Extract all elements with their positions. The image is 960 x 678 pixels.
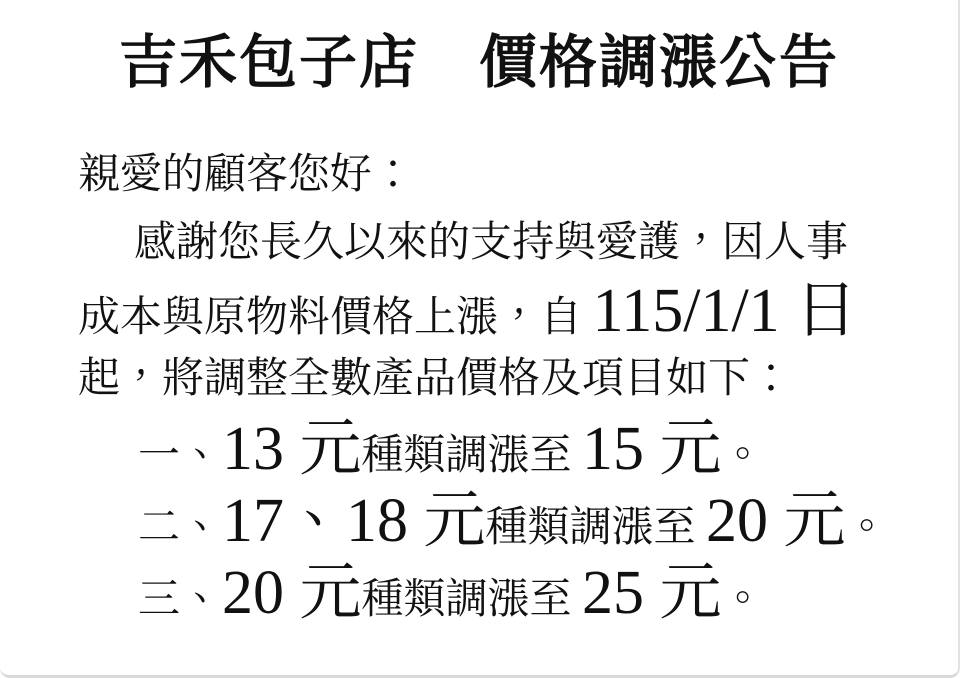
text-line: 起，將調整全數產品價格及項目如下： <box>78 345 928 413</box>
text-segment: 20 元 <box>222 559 362 627</box>
notice-page: 吉禾包子店 價格調漲公告 親愛的顧客您好：感謝您長久以來的支持與愛護，因人事成本… <box>0 0 960 678</box>
text-segment: 成本與原物料價格上漲，自 <box>78 295 593 341</box>
text-segment: 種類調漲至 <box>486 505 707 551</box>
text-segment: 三、 <box>138 577 222 623</box>
text-segment: 。 <box>722 433 764 479</box>
text-segment: 20 元 <box>706 487 846 555</box>
text-line: 親愛的顧客您好： <box>78 141 928 209</box>
notice-title: 吉禾包子店 價格調漲公告 <box>40 30 918 97</box>
text-segment: 。 <box>722 577 764 623</box>
text-segment: 。 <box>846 505 888 551</box>
text-segment: 25 元 <box>582 559 722 627</box>
text-segment: 15 元 <box>582 415 722 483</box>
text-segment: 115/1/1 日 <box>593 277 858 345</box>
text-line: 二、17、18 元種類調漲至 20 元。 <box>78 485 928 557</box>
text-line: 感謝您長久以來的支持與愛護，因人事 <box>78 209 928 277</box>
text-segment: 13 元 <box>222 415 362 483</box>
text-segment: 種類調漲至 <box>362 577 583 623</box>
text-segment: 二、 <box>138 505 222 551</box>
text-segment: 種類調漲至 <box>362 433 583 479</box>
text-segment: 感謝您長久以來的支持與愛護，因人事 <box>134 220 848 266</box>
text-segment: 親愛的顧客您好： <box>78 152 414 198</box>
text-line: 成本與原物料價格上漲，自 115/1/1 日 <box>78 277 928 345</box>
text-segment: 起，將調整全數產品價格及項目如下： <box>78 356 792 402</box>
text-line: 一、13 元種類調漲至 15 元。 <box>78 413 928 485</box>
text-line: 三、20 元種類調漲至 25 元。 <box>78 557 928 629</box>
text-segment: 一、 <box>138 433 222 479</box>
text-segment: 17、18 元 <box>222 487 486 555</box>
notice-body: 親愛的顧客您好：感謝您長久以來的支持與愛護，因人事成本與原物料價格上漲，自 11… <box>0 141 958 629</box>
